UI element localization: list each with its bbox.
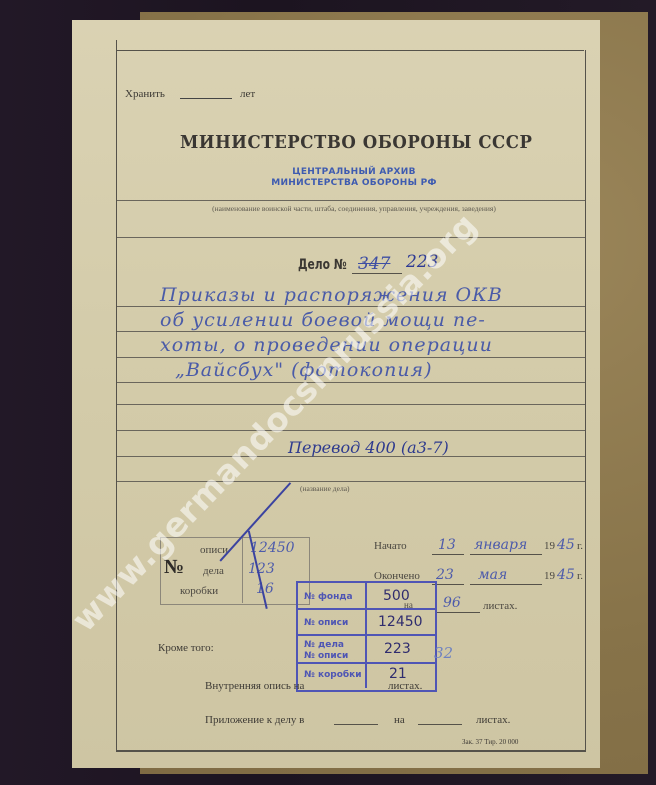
- retain-years-label: лет: [240, 88, 255, 100]
- archive-stamp-rule-1: [296, 608, 435, 610]
- archive-stamp-line2: МИНИСТЕРСТВА ОБОРОНЫ РФ: [26, 178, 656, 188]
- ended-month-underline: [470, 584, 542, 585]
- ended-month: мая: [478, 567, 507, 583]
- started-year-g: г.: [577, 540, 583, 552]
- frame-left-line: [116, 40, 117, 750]
- description-line-3: хоты, о проведении операции: [160, 334, 493, 356]
- desc-rule-8: [117, 481, 585, 482]
- case-name-caption: (название дела): [300, 484, 350, 493]
- started-year-prefix: 19: [544, 540, 555, 552]
- retain-label: Хранить: [125, 88, 165, 100]
- case-number-new: 223: [406, 252, 438, 272]
- desc-rule-5: [117, 404, 585, 405]
- started-month-underline: [470, 554, 542, 555]
- old-case-value: 123: [248, 561, 275, 577]
- frame-right-line: [585, 50, 586, 750]
- started-day: 13: [438, 537, 456, 553]
- stamp-inventory-label: № описи: [304, 618, 348, 628]
- old-inventory-value: 12450: [250, 540, 295, 556]
- stamp-inventory-value: 12450: [378, 614, 423, 630]
- stamp-box-label: № коробки: [304, 670, 362, 680]
- started-year: 45: [557, 537, 575, 553]
- description-line-4: „Вайсбух" (фотокопия): [175, 359, 433, 381]
- unit-caption: (наименование воинской части, штаба, сое…: [26, 204, 656, 213]
- sheets-count: 96: [443, 595, 461, 611]
- ended-year: 45: [557, 567, 575, 583]
- started-day-underline: [432, 554, 464, 555]
- stamp-fund-value: 500: [383, 588, 410, 604]
- ended-year-g: г.: [577, 570, 583, 582]
- ministry-title: МИНИСТЕРСТВО ОБОРОНЫ СССР: [180, 132, 533, 153]
- appendix-sheets: листах.: [476, 714, 510, 726]
- archive-stamp-rule-3: [296, 662, 435, 664]
- ended-year-prefix: 19: [544, 570, 555, 582]
- besides-label: Кроме того:: [158, 642, 214, 654]
- unit-line: [117, 200, 585, 201]
- internal-inventory-sheets: листах.: [388, 680, 422, 692]
- number-sign: №: [164, 556, 184, 579]
- archive-stamp-line1: ЦЕНТРАЛЬНЫЙ АРХИВ: [26, 167, 656, 177]
- case-name: Перевод 400 (а3-7): [288, 438, 449, 457]
- retain-years-blank: [180, 98, 232, 99]
- print-info: Зак. 37 Тир. 20 000: [462, 738, 518, 746]
- desc-rule-1: [117, 306, 585, 307]
- stamp-case-label: № дела № описи: [304, 640, 348, 662]
- old-box-value: 16: [256, 581, 274, 597]
- desc-rule-6: [117, 430, 585, 431]
- internal-inventory-label: Внутренняя опись на: [205, 680, 304, 692]
- case-number-underline: [352, 273, 402, 274]
- extra-number: 32: [434, 644, 453, 662]
- frame-top-line: [116, 50, 584, 51]
- archive-stamp-rule-2: [296, 634, 435, 636]
- ended-day: 23: [436, 567, 454, 583]
- started-month: января: [474, 537, 527, 553]
- stamp-case-value: 223: [384, 641, 411, 657]
- started-label: Начато: [374, 540, 407, 552]
- appendix-sheets-blank: [418, 724, 462, 725]
- sheets-label: листах.: [483, 600, 517, 612]
- unit-line-2: [117, 237, 585, 238]
- desc-rule-2: [117, 331, 585, 332]
- desc-rule-3: [117, 357, 585, 358]
- description-line-1: Приказы и распоряжения ОКВ: [160, 284, 503, 306]
- case-label: дела: [203, 565, 224, 577]
- old-number-box-divider: [242, 537, 243, 603]
- appendix-label: Приложение к делу в: [205, 714, 304, 726]
- stamp-fund-label: № фонда: [304, 592, 353, 602]
- desc-rule-4: [117, 382, 585, 383]
- case-number-old: 347: [358, 254, 390, 274]
- box-label: коробки: [180, 585, 218, 597]
- sheets-underline: [436, 612, 480, 613]
- case-number-label: Дело №: [298, 257, 347, 273]
- frame-bottom-line: [116, 750, 586, 752]
- description-line-2: об усилении боевой мощи пе-: [160, 309, 486, 331]
- appendix-count-blank: [334, 724, 378, 725]
- appendix-on: на: [394, 714, 405, 726]
